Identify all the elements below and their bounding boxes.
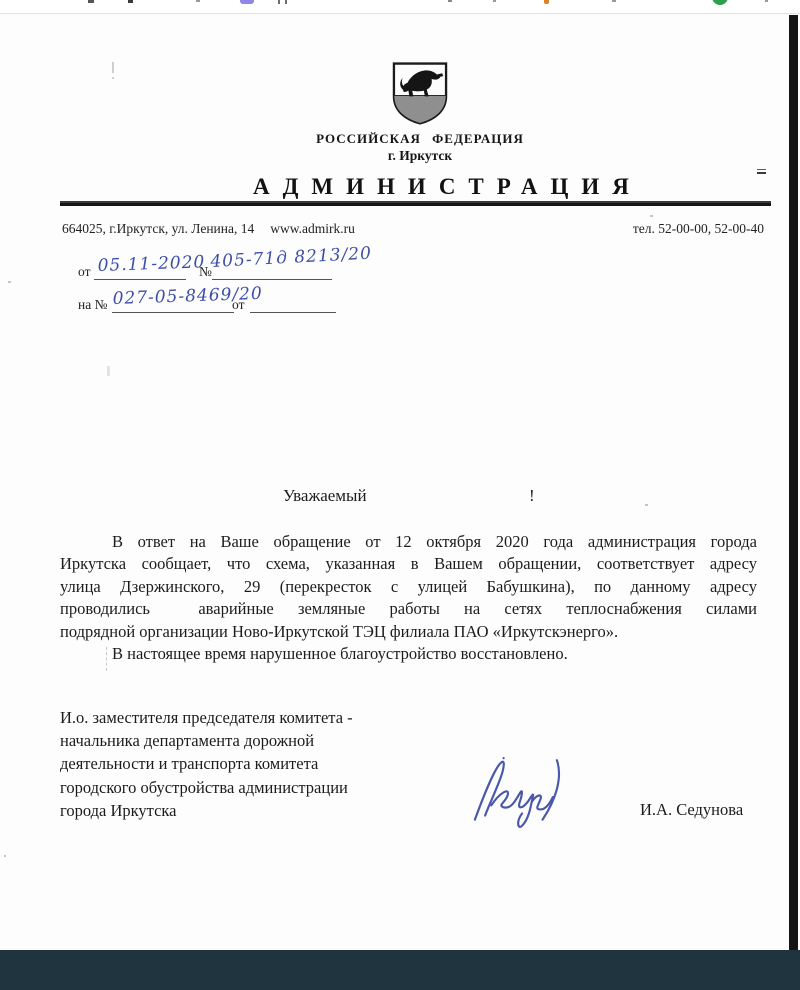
toolbar-icon-fragment [278, 0, 280, 4]
toolbar-icon-fragment [765, 0, 768, 2]
signer-name: И.А. Седунова [640, 800, 743, 820]
toolbar-icon-fragment [493, 0, 496, 2]
letterhead-country: РОССИЙСКАЯ ФЕДЕРАЦИЯ [290, 131, 550, 147]
letterhead-city: г. Иркутск [290, 148, 550, 164]
body-line: проводились аварийные земляные работы на… [60, 598, 757, 620]
scan-speck [107, 366, 110, 376]
body-line: В ответ на Ваше обращение от 12 октября … [60, 531, 757, 553]
toolbar-icon-fragment [196, 0, 200, 2]
scan-speck [112, 62, 114, 73]
scan-speck [8, 281, 11, 283]
scanned-letter-page: { "page": { "bottom_bar_color": "#20343f… [0, 0, 800, 990]
toolbar-icon-fragment [285, 0, 287, 4]
incoming-number-line [112, 312, 234, 313]
page-divider-line [0, 13, 800, 14]
body-line: Иркутска сообщает, что схема, указанная … [60, 553, 757, 575]
irkutsk-coat-of-arms-icon [392, 61, 448, 126]
contact-address: 664025, г.Иркутск, ул. Ленина, 14 [62, 221, 254, 237]
outgoing-date-line [94, 279, 186, 280]
handwritten-signature-icon [450, 752, 590, 834]
toolbar-icon-fragment-green-circle [712, 0, 728, 5]
toolbar-icon-fragment [612, 0, 616, 2]
body-line: подрядной организации Ново-Иркутской ТЭЦ… [60, 621, 757, 643]
signer-position-block: И.о. заместителя председателя комитета -… [60, 706, 480, 822]
salutation-greeting: Уважаемый [283, 486, 367, 506]
toolbar-icon-fragment [128, 0, 133, 3]
scan-speck [645, 504, 648, 506]
toolbar-icon-fragment [88, 0, 94, 3]
toolbar-icon-fragment-purple [240, 0, 254, 4]
incoming-number-label: на № [78, 297, 107, 313]
body-line: улица Дзержинского, 29 (перекресток с ул… [60, 576, 757, 598]
scan-edge-bar [789, 15, 798, 950]
contact-website: www.admirk.ru [270, 221, 355, 237]
toolbar-icon-fragment-orange [544, 0, 549, 4]
letterhead-contacts: 664025, г.Иркутск, ул. Ленина, 14 www.ad… [62, 221, 355, 237]
scan-dashed-artifact [106, 647, 107, 671]
incoming-date-line [250, 312, 336, 313]
body-paragraph-2: В настоящее время нарушенное благоустрой… [60, 643, 757, 665]
incoming-date-label: от [232, 297, 244, 313]
outgoing-date-handwritten: 05.11-2020 [97, 252, 205, 276]
salutation-exclamation: ! [529, 486, 535, 506]
outgoing-date-label: от [78, 264, 90, 280]
signer-position-line: начальника департамента дорожной [60, 729, 480, 752]
letterhead-double-rule [60, 201, 771, 206]
outgoing-number-line [212, 279, 332, 280]
bottom-dark-bar [0, 950, 800, 990]
scan-speck [757, 169, 766, 170]
scan-speck [757, 172, 766, 174]
signer-position-line: города Иркутска [60, 799, 480, 822]
letterhead-org-title: АДМИНИСТРАЦИЯ [253, 174, 642, 200]
scan-speck [650, 215, 653, 217]
signer-position-line: деятельности и транспорта комитета [60, 752, 480, 775]
signer-position-line: городского обустройства администрации [60, 776, 480, 799]
toolbar-icon-fragment [448, 0, 452, 2]
contact-phone: тел. 52-00-00, 52-00-40 [633, 221, 764, 237]
browser-toolbar-remnant [0, 0, 800, 13]
outgoing-number-handwritten: 405-71д 8213/20 [210, 244, 372, 272]
scan-speck [112, 77, 114, 79]
scan-speck [4, 855, 6, 857]
signer-position-line: И.о. заместителя председателя комитета - [60, 706, 480, 729]
letter-body: В ответ на Ваше обращение от 12 октября … [60, 531, 757, 665]
